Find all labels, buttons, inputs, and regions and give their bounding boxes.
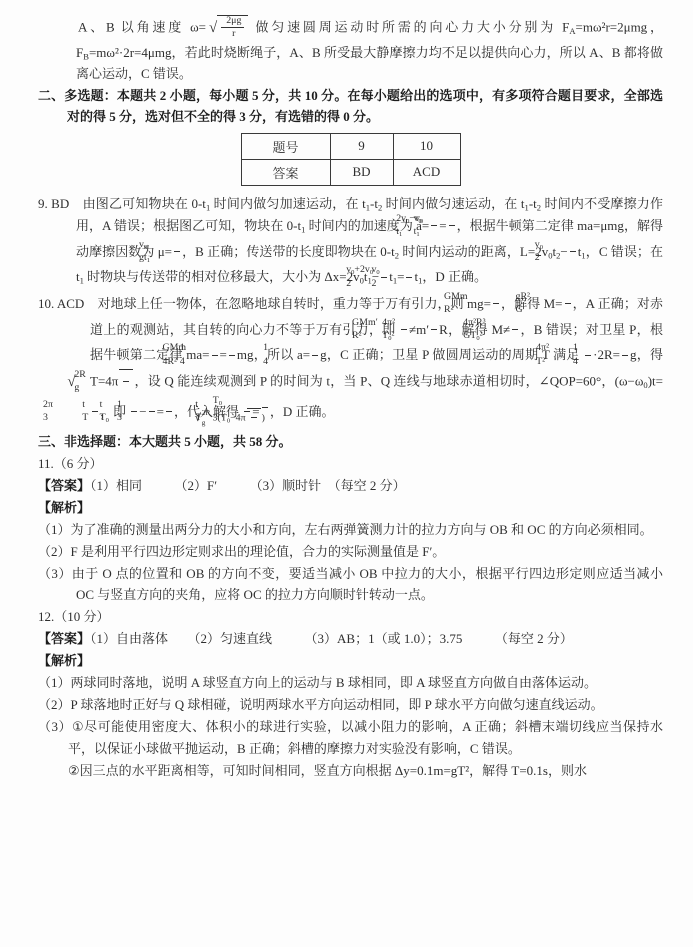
question-11-analysis-2: （2）F 是利用平行四边形定则求出的理论值，合力的实际测量值是 F′。 [38, 541, 663, 562]
fraction: GMm4R² [212, 342, 218, 368]
question-12-analysis-label: 【解析】 [38, 650, 663, 671]
fraction: 14 [312, 342, 318, 368]
fraction: 13 [166, 399, 172, 425]
question-11-analysis-label: 【解析】 [38, 497, 663, 518]
question-9-solution: 9. BD 由图乙可知物块在 0-t1 时间内做匀加速运动，在 t1-t2 时间… [38, 193, 663, 291]
question-12-analysis-3-part-2: ②因三点的水平距离相等，可知时间相同，竖直方向根据 Δy=0.1m=gT²，解得… [38, 760, 663, 781]
fraction: 2Rg [251, 408, 257, 428]
fraction: 14 [229, 342, 235, 368]
fraction: v0t1 [449, 213, 455, 239]
table-row: 答案BDACD [241, 159, 460, 185]
fraction: 2v0−v0t1 [431, 213, 437, 239]
fraction: 4π²T² [585, 342, 591, 368]
table-cell: ACD [393, 159, 460, 185]
table-cell: 题号 [241, 133, 330, 159]
document-content: A、B 以角速度 ω=√2μgr 做匀速圆周运动时所需的向心力大小分别为 FA=… [38, 15, 663, 781]
bold-label: 【解析】 [38, 500, 90, 515]
fraction: v02 [406, 264, 412, 290]
fraction: 4π²R³GT0² [512, 317, 518, 343]
fraction: v0+2v02 [381, 264, 387, 290]
fraction: GMmR² [493, 291, 499, 317]
fraction: 4π²T0² [431, 317, 437, 343]
fraction: 2μgr [221, 15, 244, 41]
table-cell: 9 [330, 133, 393, 159]
fraction: tT0 [149, 399, 155, 425]
question-12-analysis-3-part-1: （3）①尽可能使用密度大、体积小的球进行实验，以减小阻力的影响，A 正确；斜槽末… [38, 716, 663, 758]
question-12-heading: 12.（10 分） [38, 606, 663, 627]
question-10-solution: 10. ACD 对地球上任一物体，在忽略地球自转时，重力等于万有引力，则 mg=… [38, 292, 663, 430]
document-page: A、B 以角速度 ω=√2μgr 做匀速圆周运动时所需的向心力大小分别为 FA=… [0, 0, 693, 947]
question-12-analysis-1: （1）两球同时落地，说明 A 球竖直方向上的运动与 B 球相同，即 A 球竖直方… [38, 672, 663, 693]
fraction: GMm′R² [401, 317, 407, 343]
question-8-solution-continuation: A、B 以角速度 ω=√2μgr 做匀速圆周运动时所需的向心力大小分别为 FA=… [38, 15, 663, 84]
section-2-multi-choice-header: 二、多选题：本题共 2 小题，每小题 5 分，共 10 分。在每小题给出的选项中… [38, 85, 663, 127]
bold-label: 【答案】 [38, 631, 90, 646]
fraction: 14 [622, 342, 628, 368]
fraction: 2π3 [92, 399, 98, 425]
fraction: v0gt1 [174, 239, 180, 265]
table-row: 题号910 [241, 133, 460, 159]
bold-label: 【答案】 [38, 478, 90, 493]
fraction: tT [131, 399, 137, 425]
table-cell: 答案 [241, 159, 330, 185]
radical-sign: √2Rg [119, 369, 133, 396]
question-11-analysis-1: （1）为了准确的测量出两分力的大小和方向，左右两弹簧测力计的拉力方向与 OB 和… [38, 519, 663, 540]
fraction: 2Rg [123, 369, 129, 395]
question-12-answer-line: 【答案】（1）自由落体 （2）匀速直线 （3）AB；1（或 1.0）；3.75 … [38, 628, 663, 649]
table-cell: BD [330, 159, 393, 185]
section-3-free-response-header: 三、非选择题：本大题共 5 小题，共 58 分。 [38, 431, 663, 452]
fraction: T03(T0−4π√2Rg) [262, 395, 268, 429]
fraction: gR²G [565, 291, 571, 317]
question-11-heading: 11.（6 分） [38, 453, 663, 474]
answer-table: 题号910答案BDACD [241, 133, 461, 186]
fraction: v02 [570, 239, 576, 265]
table-cell: 10 [393, 133, 460, 159]
radical-sign: √2Rg [247, 408, 261, 429]
question-11-answer-line: 【答案】（1）相同 （2）F′ （3）顺时针 （每空 2 分） [38, 475, 663, 496]
question-11-analysis-3: （3）由于 O 点的位置和 OB 的方向不变，要适当减小 OB 中拉力的大小，根… [38, 563, 663, 605]
bold-label: 【解析】 [38, 653, 90, 668]
question-12-analysis-2: （2）P 球落地时正好与 Q 球相碰，说明两球水平方向运动相同，即 P 球水平方… [38, 694, 663, 715]
radical-sign: √2μgr [207, 15, 248, 42]
